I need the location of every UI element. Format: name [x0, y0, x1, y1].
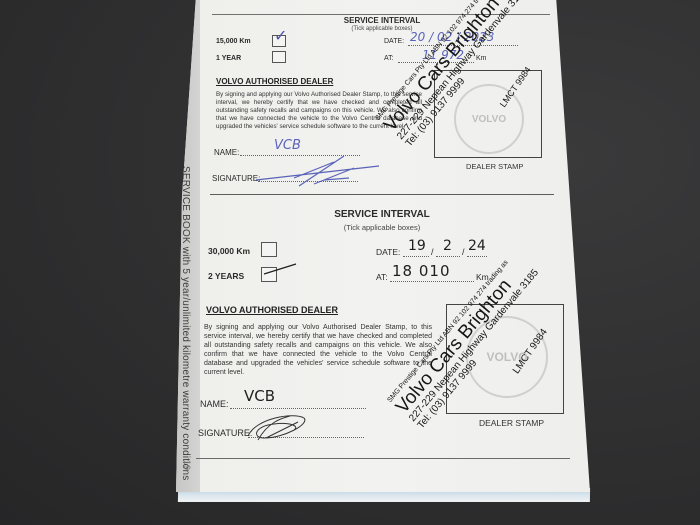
date-day-line [403, 256, 429, 257]
option-label-15000km: 15,000 Km [216, 38, 251, 45]
dealer-stamp-caption: DEALER STAMP [479, 418, 544, 428]
dealer-stamp-caption: DEALER STAMP [466, 162, 523, 171]
name-value[interactable]: VCB [244, 387, 275, 405]
odometer-label: AT: [376, 272, 388, 282]
signature-scribble [254, 154, 384, 194]
tick-icon: ✓ [274, 26, 287, 45]
name-value[interactable]: VCB [274, 138, 301, 153]
section-title: SERVICE INTERVAL [204, 209, 560, 220]
dealer-heading: VOLVO AUTHORISED DEALER [206, 305, 338, 315]
date-year-line [467, 256, 487, 257]
checkbox-30000km[interactable] [261, 242, 277, 257]
odometer-label: AT: [384, 55, 394, 62]
date-month-line [436, 256, 460, 257]
dealer-certification-text: By signing and applying our Volvo Author… [204, 324, 432, 378]
name-label: NAME: [200, 399, 229, 409]
option-label-2years: 2 YEARS [208, 271, 244, 281]
date-day[interactable]: 19 [408, 238, 426, 254]
service-entry-2: SERVICE INTERVAL (Tick applicable boxes)… [204, 204, 560, 469]
signature-scribble [244, 412, 314, 444]
date-year[interactable]: 24 [468, 238, 486, 254]
date-month[interactable]: 2 [443, 238, 452, 254]
service-book-page: SB/VPMOOS SERVICE BOOK with 5 year/unlim… [176, 0, 590, 492]
dealer-heading: VOLVO AUTHORISED DEALER [216, 77, 333, 86]
odometer-line [390, 281, 474, 282]
date-separator: / [431, 247, 434, 257]
option-label-1year: 1 YEAR [216, 55, 241, 62]
name-label: NAME: [214, 148, 239, 157]
service-entry-1: SERVICE INTERVAL (Tick applicable boxes)… [204, 14, 560, 194]
tick-icon [262, 262, 302, 282]
date-separator: / [462, 247, 465, 257]
date-label: DATE: [384, 38, 404, 45]
checkbox-1year[interactable] [272, 51, 286, 63]
odometer-value[interactable]: 18 010 [392, 262, 451, 280]
date-label: DATE: [376, 247, 400, 257]
name-line [230, 408, 366, 409]
section-subtitle: (Tick applicable boxes) [204, 223, 560, 232]
page-number: 19 [182, 460, 192, 470]
option-label-30000km: 30,000 Km [208, 246, 250, 256]
divider [210, 194, 554, 195]
divider [196, 458, 570, 459]
